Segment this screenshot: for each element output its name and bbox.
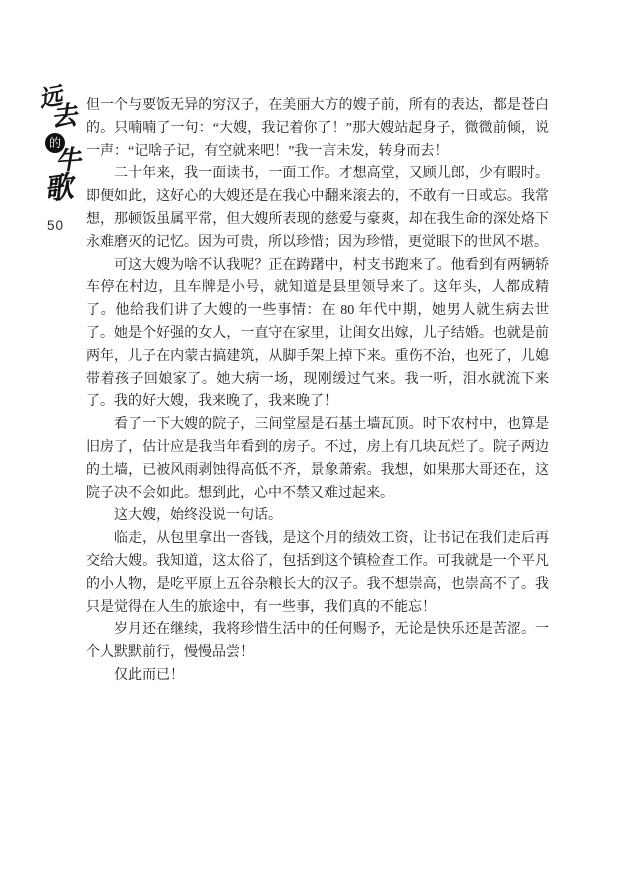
paragraph-3: 可这大嫂为啥不认我呢？正在踌躇中，村支书跑来了。他看到有两辆轿车停在村边，且车牌… [86, 255, 549, 415]
margin-title-calligraphy: 远 去 的 牛 歌 [38, 84, 86, 209]
title-char-ge: 歌 [42, 172, 75, 205]
left-margin: 远 去 的 牛 歌 50 [0, 0, 86, 891]
page-number: 50 [47, 218, 64, 233]
paragraph-8: 仅此而已！ [86, 665, 549, 688]
paragraph-7: 岁月还在继续，我将珍惜生活中的任何赐予，无论是快乐还是苦涩。一个人默默前行，慢慢… [86, 619, 549, 665]
book-page: 远 去 的 牛 歌 50 但一个与要饭无异的穷汉子，在美丽大方的嫂子前，所有的表… [0, 0, 634, 891]
title-char-qu: 去 [50, 103, 79, 132]
paragraph-4: 看了一下大嫂的院子，三间堂屋是石基土墙瓦顶。时下农村中，也算是旧房了，估计应是我… [86, 414, 549, 505]
paragraph-1: 但一个与要饭无异的穷汉子，在美丽大方的嫂子前，所有的表达，都是苍白的。只喃喃了一… [86, 95, 549, 163]
paragraph-2: 二十年来，我一面读书，一面工作。才想高堂，又顾儿郎，少有暇时。即便如此，这好心的… [86, 163, 549, 254]
paragraph-6: 临走，从包里拿出一沓钱，是这个月的绩效工资，让书记在我们走后再交给大嫂。我知道，… [86, 528, 549, 619]
body-text: 但一个与要饭无异的穷汉子，在美丽大方的嫂子前，所有的表达，都是苍白的。只喃喃了一… [86, 95, 549, 688]
paragraph-5: 这大嫂，始终没说一句话。 [86, 505, 549, 528]
